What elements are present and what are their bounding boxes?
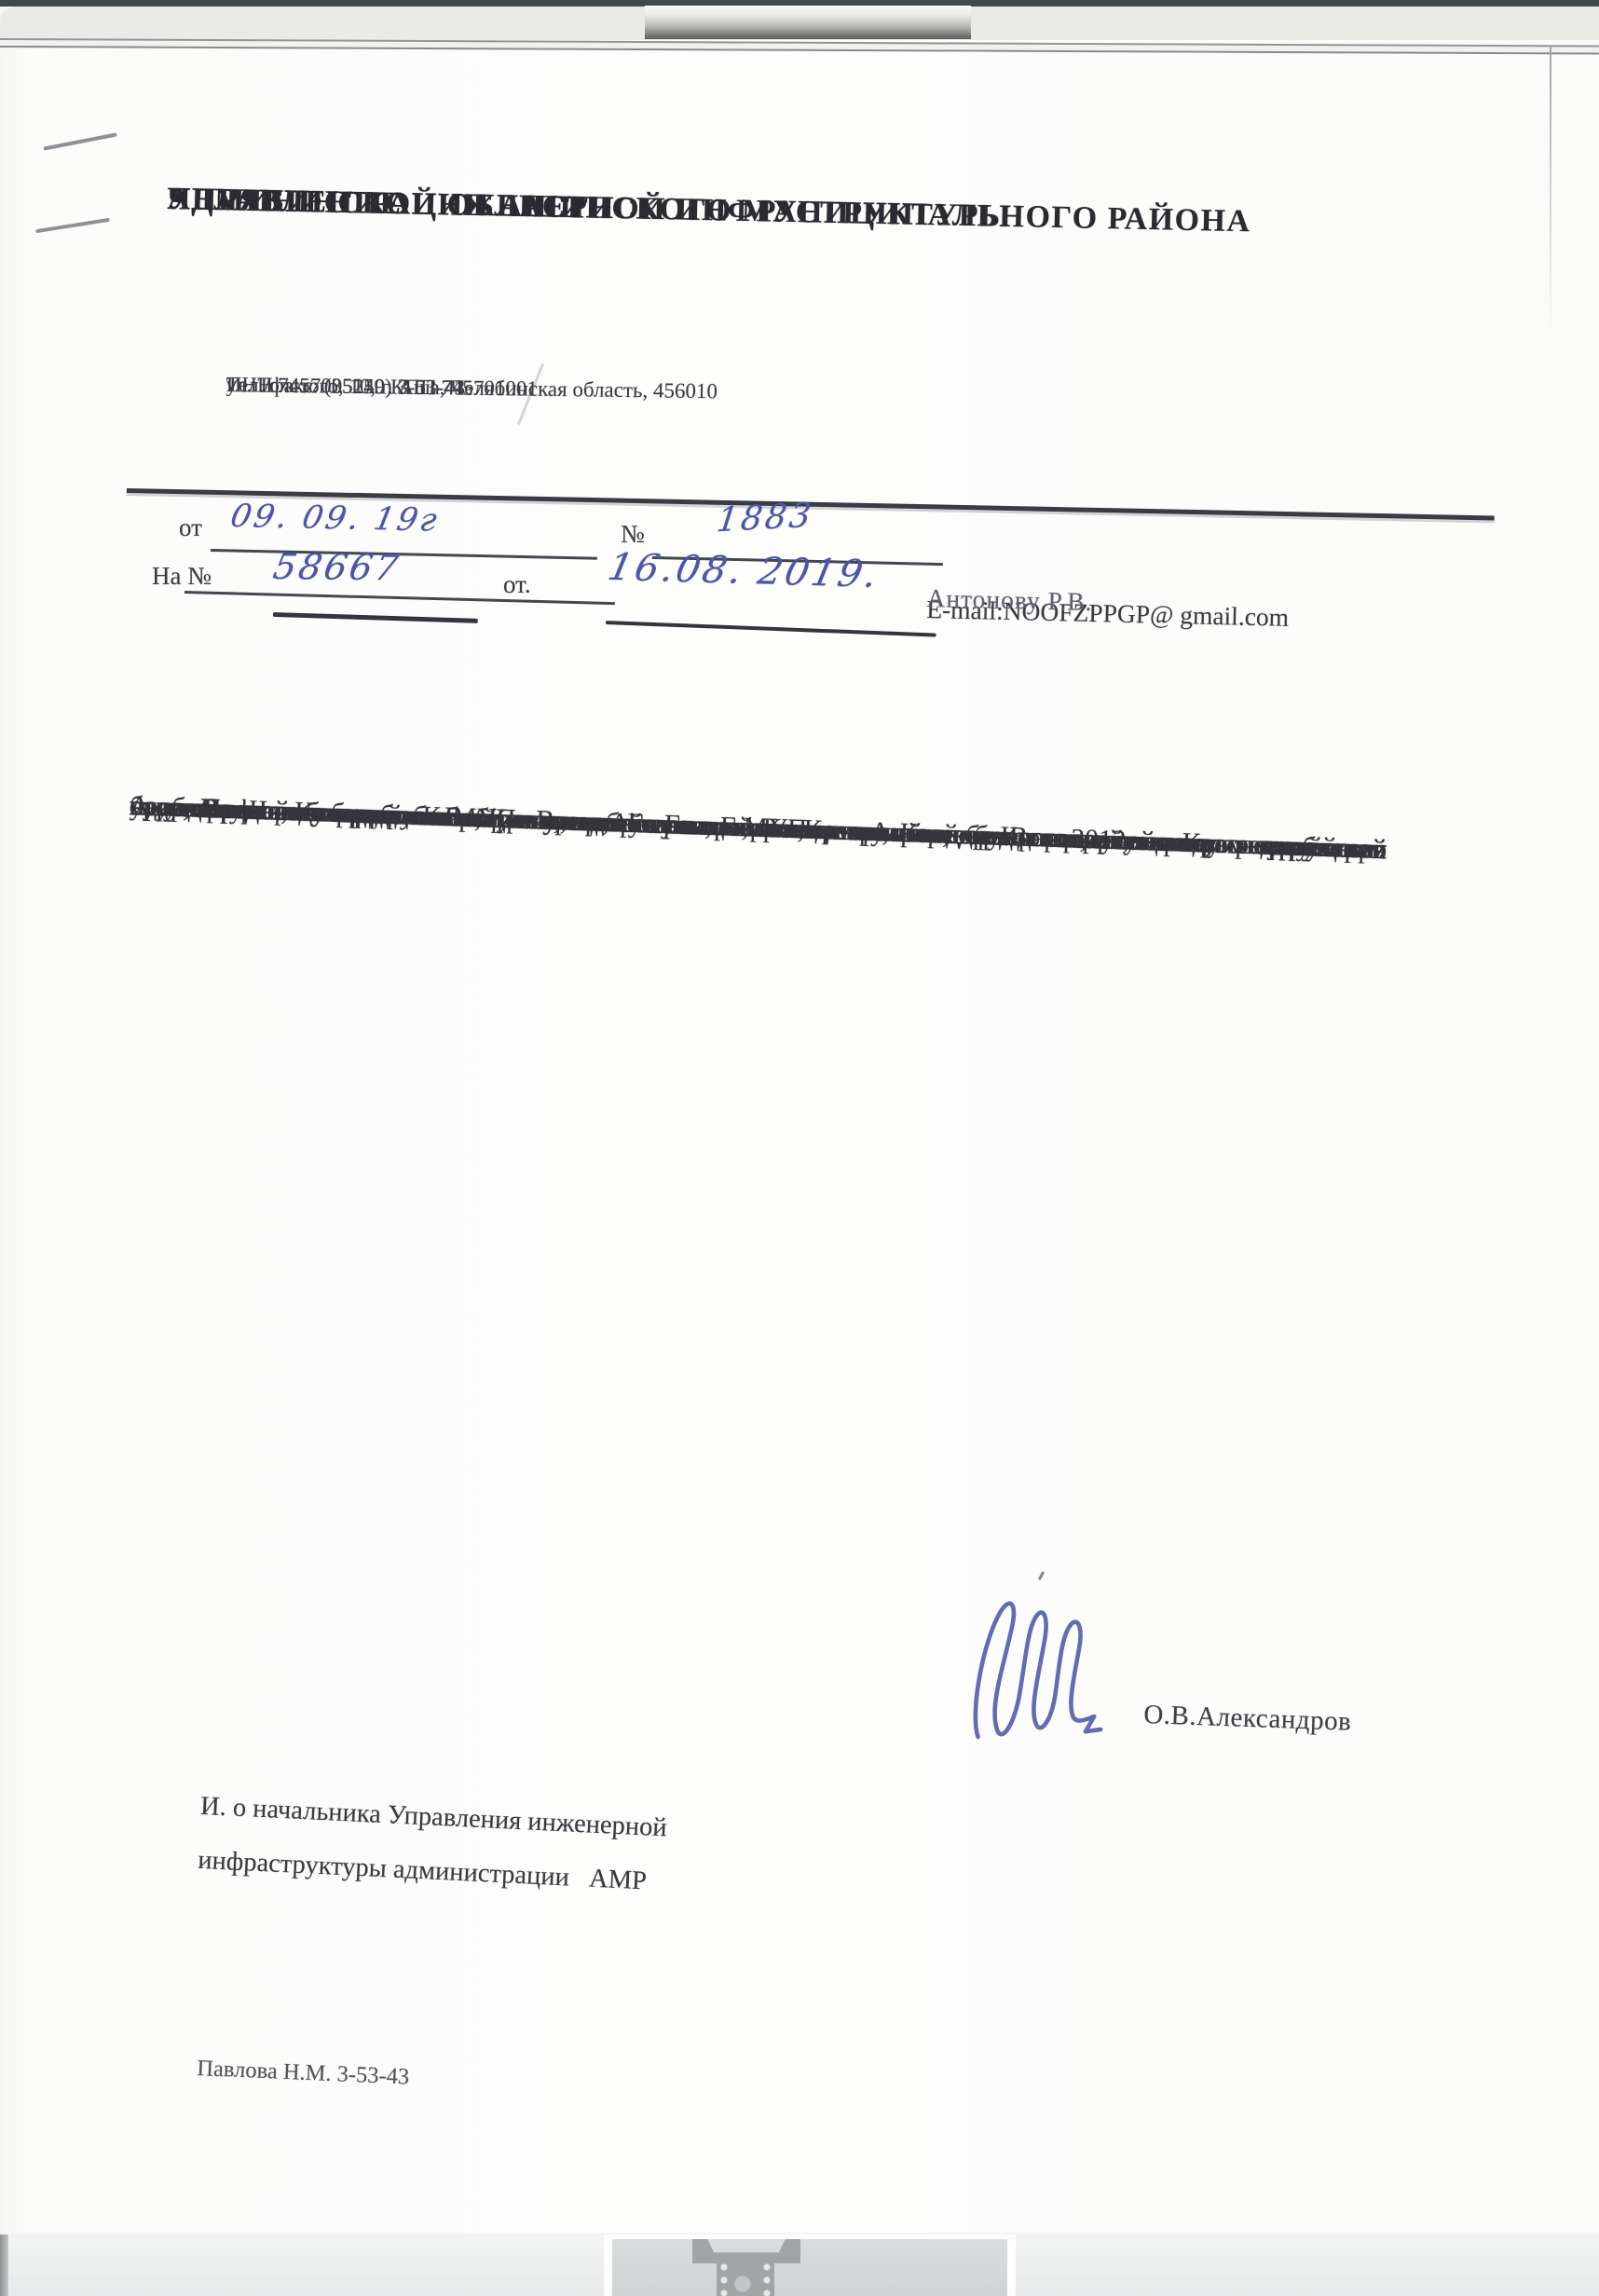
letterhead-phone: Тел./факс: (35159) 3-53-43	[225, 365, 465, 408]
outgoing-date-label: от	[179, 513, 202, 542]
reply-to-number-label: На №	[152, 562, 212, 591]
letterhead-contact-block: ул. Толстого, 10, г. Аша, Челябинская об…	[226, 365, 879, 375]
body-line: будет произведена их замена.	[129, 781, 1387, 875]
reply-date-handwritten: 16.08. 2019.	[605, 546, 884, 596]
outgoing-number-handwritten: 1883	[715, 497, 816, 540]
reply-date-pen-underline	[606, 621, 936, 637]
reply-row-underline	[184, 591, 615, 605]
letterhead-title: УПРАВЛЕНИЕ ИНЖЕНЕРНОЙ ИНФРАСТРУКТУРЫ АДМ…	[168, 173, 1510, 201]
scanner-slot-shadow	[645, 6, 971, 39]
reply-number-handwritten: 58667	[270, 546, 404, 588]
letter-body: В ответ на обращение, поступившее в наш …	[130, 781, 1387, 825]
scan-corner-shadow	[0, 2234, 8, 2296]
signer-name: О.В.Александров	[1143, 1700, 1352, 1738]
outgoing-date-underline	[211, 549, 597, 560]
ink-speck	[1038, 1571, 1045, 1580]
paper-right-edge	[1550, 47, 1551, 335]
outgoing-number-label: №	[621, 520, 645, 549]
outgoing-date-handwritten: 09. 09. 19г	[227, 498, 443, 540]
letterhead-title-line: ЧЕЛЯБИНСКОЙ ОБЛАСТИ	[167, 173, 616, 235]
staple-mark	[43, 132, 116, 150]
reply-date-label: от.	[503, 570, 531, 599]
scanner-bottom-object	[604, 2234, 1016, 2296]
handwritten-signature	[967, 1593, 1107, 1747]
scanned-letter-page: УПРАВЛЕНИЕ ИНЖЕНЕРНОЙ ИНФРАСТРУКТУРЫ АДМ…	[0, 0, 1599, 2296]
executor-contact: Павлова Н.М. 3-53-43	[197, 2056, 410, 2091]
scanner-bottom-object-fill	[612, 2239, 1007, 2296]
recipient-name: Антонову Р.В.	[926, 580, 1093, 621]
staple-mark	[35, 218, 110, 233]
paper-top-edge-line	[0, 38, 1599, 54]
filmstrip-silhouette-icon	[717, 2260, 774, 2296]
recipient-block: E-mail:NOOFZPPGP@ gmail.com Антонову Р.В…	[927, 580, 1387, 590]
signer-position: И. о начальника Управления инженерной ин…	[197, 1672, 951, 1922]
reply-number-pen-underline	[273, 612, 478, 623]
